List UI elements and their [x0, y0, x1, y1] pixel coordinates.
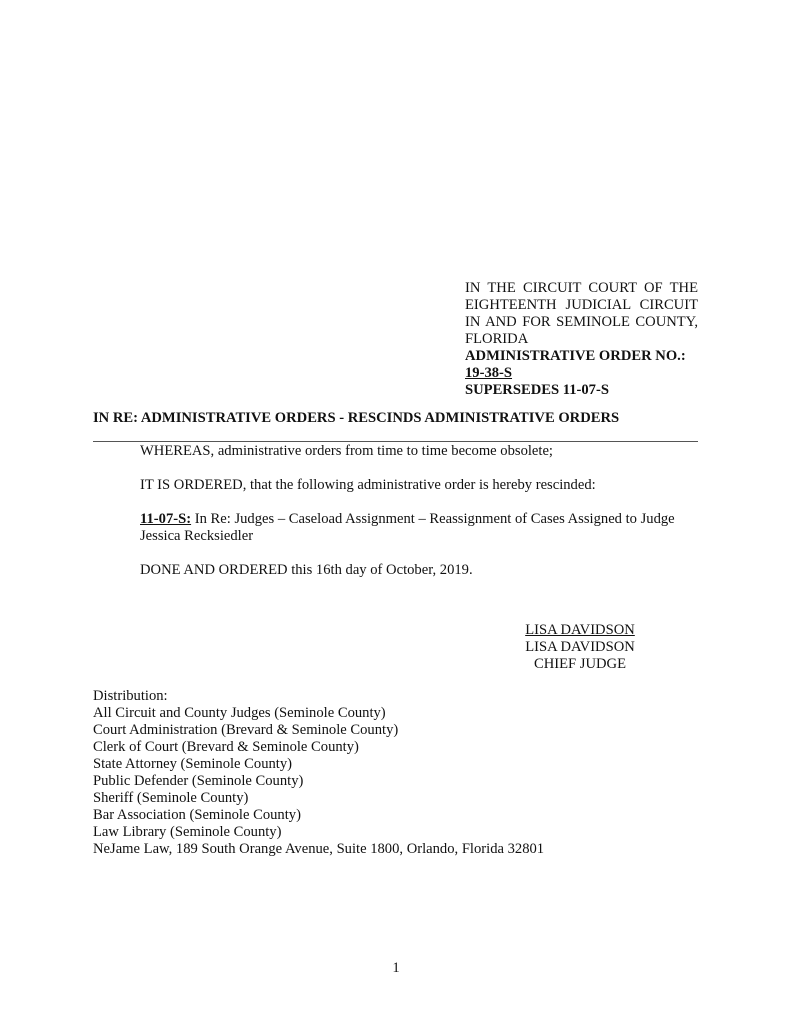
rescinded-order-description: In Re: Judges – Caseload Assignment – Re…: [140, 511, 675, 544]
order-number: 19-38-S: [465, 365, 698, 382]
horizontal-rule: [93, 441, 698, 442]
distribution-heading: Distribution:: [93, 688, 544, 705]
done-and-ordered: DONE AND ORDERED this 16th day of Octobe…: [140, 562, 700, 579]
judge-title: CHIEF JUDGE: [500, 656, 660, 673]
distribution-list: Distribution: All Circuit and County Jud…: [93, 688, 544, 858]
distribution-recipient: Public Defender (Seminole County): [93, 773, 544, 790]
court-line-3: IN AND FOR SEMINOLE COUNTY,: [465, 314, 698, 331]
page-number: 1: [380, 960, 412, 977]
distribution-recipient: Law Library (Seminole County): [93, 824, 544, 841]
distribution-recipient: State Attorney (Seminole County): [93, 756, 544, 773]
court-line-4: FLORIDA: [465, 331, 698, 348]
distribution-recipient: Court Administration (Brevard & Seminole…: [93, 722, 544, 739]
ordered-paragraph: IT IS ORDERED, that the following admini…: [140, 477, 700, 494]
case-caption: IN THE CIRCUIT COURT OF THE EIGHTEENTH J…: [465, 280, 698, 399]
distribution-recipient: Bar Association (Seminole County): [93, 807, 544, 824]
signed-name: LISA DAVIDSON: [500, 622, 660, 639]
distribution-recipient: Clerk of Court (Brevard & Seminole Count…: [93, 739, 544, 756]
signature-block: LISA DAVIDSON LISA DAVIDSON CHIEF JUDGE: [500, 622, 660, 673]
distribution-recipient: Sheriff (Seminole County): [93, 790, 544, 807]
court-line-1: IN THE CIRCUIT COURT OF THE: [465, 280, 698, 297]
supersedes-line: SUPERSEDES 11-07-S: [465, 382, 698, 399]
court-line-2: EIGHTEENTH JUDICIAL CIRCUIT: [465, 297, 698, 314]
rescinded-order-item: 11-07-S: In Re: Judges – Caseload Assign…: [140, 511, 700, 545]
rescinded-order-number: 11-07-S:: [140, 511, 191, 527]
distribution-recipient: All Circuit and County Judges (Seminole …: [93, 705, 544, 722]
distribution-recipient: NeJame Law, 189 South Orange Avenue, Sui…: [93, 841, 544, 858]
whereas-paragraph: WHEREAS, administrative orders from time…: [140, 443, 700, 460]
in-re-title: IN RE: ADMINISTRATIVE ORDERS - RESCINDS …: [93, 410, 619, 427]
order-label: ADMINISTRATIVE ORDER NO.:: [465, 348, 698, 365]
printed-name: LISA DAVIDSON: [500, 639, 660, 656]
